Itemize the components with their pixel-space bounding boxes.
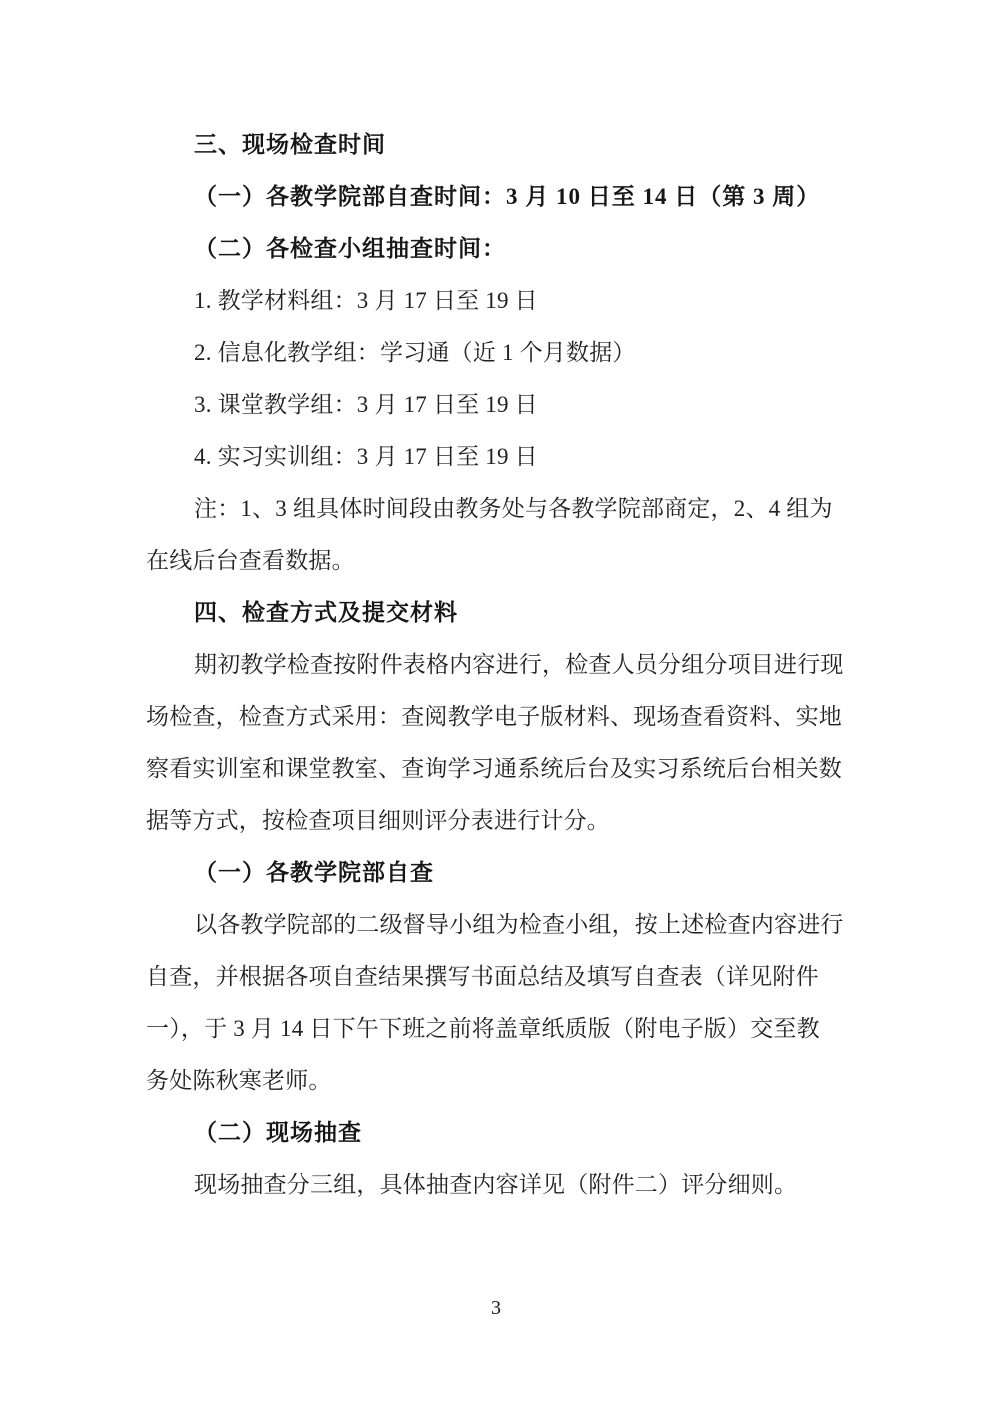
- document-page: 三、现场检查时间 （一）各教学院部自查时间：3 月 10 日至 14 日（第 3…: [0, 0, 992, 1403]
- text-line: 现场抽查分三组，具体抽查内容详见（附件二）评分细则。: [146, 1159, 852, 1211]
- text-line: 一），于 3 月 14 日下午下班之前将盖章纸质版（附电子版）交至教: [146, 1003, 852, 1055]
- section-heading: （一）各教学院部自查时间：3 月 10 日至 14 日（第 3 周）: [146, 171, 852, 223]
- text-line: 注：1、3 组具体时间段由教务处与各教学院部商定，2、4 组为: [146, 483, 852, 535]
- text-line: 察看实训室和课堂教室、查询学习通系统后台及实习系统后台相关数: [146, 743, 852, 795]
- text-line: 自查，并根据各项自查结果撰写书面总结及填写自查表（详见附件: [146, 951, 852, 1003]
- list-item: 1. 教学材料组：3 月 17 日至 19 日: [146, 275, 852, 327]
- section-heading: 三、现场检查时间: [146, 119, 852, 171]
- document-body: 三、现场检查时间 （一）各教学院部自查时间：3 月 10 日至 14 日（第 3…: [146, 119, 852, 1211]
- text-line: 务处陈秋寒老师。: [146, 1055, 852, 1107]
- text-line: 期初教学检查按附件表格内容进行，检查人员分组分项目进行现: [146, 639, 852, 691]
- list-item: 3. 课堂教学组：3 月 17 日至 19 日: [146, 379, 852, 431]
- section-heading: 四、检查方式及提交材料: [146, 587, 852, 639]
- page-number: 3: [0, 1294, 992, 1322]
- section-heading: （二）现场抽查: [146, 1107, 852, 1159]
- text-line: 据等方式，按检查项目细则评分表进行计分。: [146, 795, 852, 847]
- text-line: 场检查，检查方式采用：查阅教学电子版材料、现场查看资料、实地: [146, 691, 852, 743]
- list-item: 4. 实习实训组：3 月 17 日至 19 日: [146, 431, 852, 483]
- text-line: 在线后台查看数据。: [146, 535, 852, 587]
- text-line: 以各教学院部的二级督导小组为检查小组，按上述检查内容进行: [146, 899, 852, 951]
- section-heading: （二）各检查小组抽查时间：: [146, 223, 852, 275]
- list-item: 2. 信息化教学组：学习通（近 1 个月数据）: [146, 327, 852, 379]
- section-heading: （一）各教学院部自查: [146, 847, 852, 899]
